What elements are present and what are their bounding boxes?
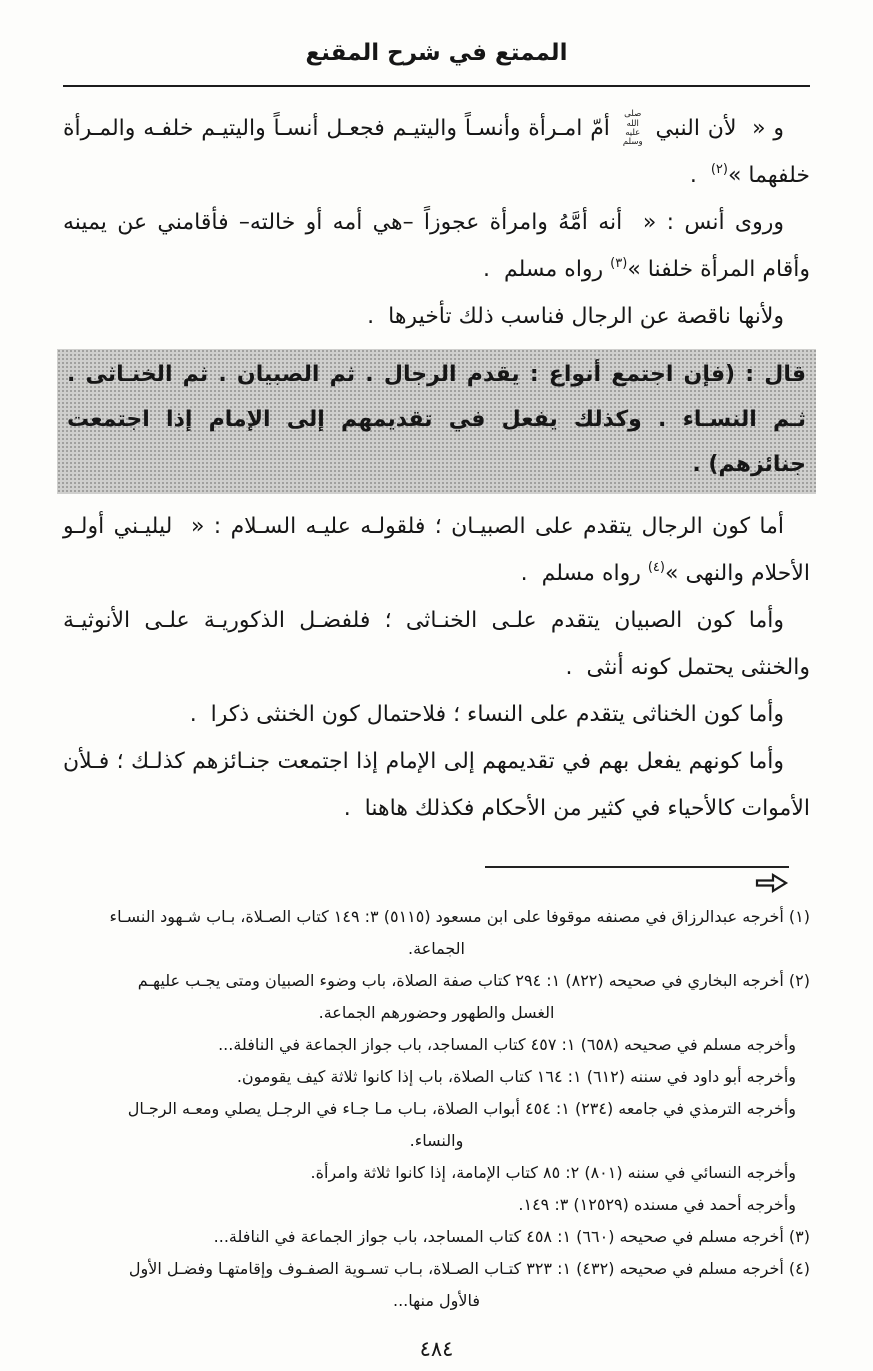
footnote-line: (١) أخرجه عبدالرزاق في مصنفه موقوفا على … [63,901,810,933]
continuation-arrow-icon [755,871,789,895]
footnote-separator-line [485,866,789,868]
footnote-separator-block [0,866,873,895]
footnote-line: وأخرجه النسائي في سننه (٨٠١) ٢: ٨٥ كتاب … [63,1157,810,1189]
footnote-line: وأخرجه أحمد في مسنده (١٢٥٢٩) ٣: ١٤٩. [63,1189,810,1221]
footnote-line: الغسل والطهور وحضورهم الجماعة. [63,997,810,1029]
page-number: ٤٨٤ [0,1337,873,1361]
body-text: و « لأن النبي صلى الله عليه وسلم أمّ امـ… [63,105,810,832]
footnote-line: (٣) أخرجه مسلم في صحيحه (٦٦٠) ١: ٤٥٨ كتا… [63,1221,810,1253]
footnote-line: فالأول منها... [63,1285,810,1317]
paragraph: وروى أنس : « أنه أمَّهُ وامرأة عجوزاً –ه… [63,199,810,293]
paragraph: وأما كون الخناثى يتقدم على النساء ؛ فلاح… [63,691,810,738]
footnote-ref: (٤) [648,560,665,575]
paragraph: و « لأن النبي صلى الله عليه وسلم أمّ امـ… [63,105,810,199]
footnote-line: وأخرجه مسلم في صحيحه (٦٥٨) ١: ٤٥٧ كتاب ا… [63,1029,810,1061]
page-header: الممتع في شرح المقنع [0,0,873,87]
footnote-ref: (٣) [610,256,627,271]
paragraph: أما كون الرجال يتقدم على الصبيـان ؛ فلقو… [63,503,810,597]
footnote-line: الجماعة. [63,933,810,965]
paragraph: وأما كونهم يفعل بهم في تقديمهم إلى الإما… [63,738,810,832]
book-page: الممتع في شرح المقنع و « لأن النبي صلى ا… [0,0,873,1371]
pbuh-symbol: صلى الله عليه وسلم [618,110,648,147]
paragraph: وأما كون الصبيان يتقدم علـى الخنـاثى ؛ ف… [63,597,810,691]
matn-quote: قال : (فإن اجتمع أنواع : يقدم الرجال . ث… [57,349,816,494]
footnote-line: والنساء. [63,1125,810,1157]
footnote-line: (٤) أخرجه مسلم في صحيحه (٤٣٢) ١: ٣٢٣ كتـ… [63,1253,810,1285]
footnote-line: وأخرجه الترمذي في جامعه (٢٣٤) ١: ٤٥٤ أبو… [63,1093,810,1125]
paragraph: ولأنها ناقصة عن الرجال فناسب ذلك تأخيرها… [63,293,810,340]
footnote-line: (٢) أخرجه البخاري في صحيحه (٨٢٢) ١: ٢٩٤ … [63,965,810,997]
header-rule [63,85,810,87]
footnote-ref: (٢) [711,162,728,177]
footnotes: (١) أخرجه عبدالرزاق في مصنفه موقوفا على … [63,901,810,1317]
page-title: الممتع في شرح المقنع [0,36,873,70]
footnote-line: وأخرجه أبو داود في سننه (٦١٢) ١: ١٦٤ كتا… [63,1061,810,1093]
